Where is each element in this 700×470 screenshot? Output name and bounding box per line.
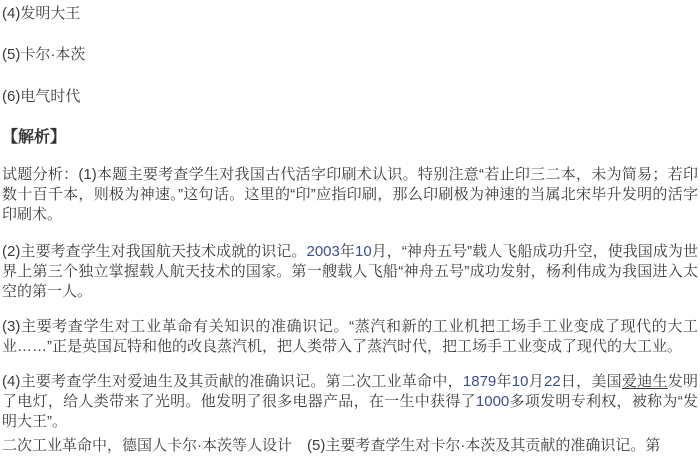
numeric-text: 22 xyxy=(544,373,561,390)
underlined-text: 爱迪生 xyxy=(622,373,668,390)
text-segment: 年 xyxy=(496,373,512,390)
analysis-paragraph-2: (2)主要考查学生对我国航天技术成就的识记。2003年10月，“神舟五号”载人飞… xyxy=(2,242,698,302)
answer-line-6: (6)电气时代 xyxy=(2,87,698,107)
answer-line-4: (4)发明大王 xyxy=(2,4,698,24)
text-segment: 日，美国 xyxy=(561,373,622,390)
numeric-text: 10 xyxy=(355,243,372,260)
analysis-paragraph-3: (3)主要考查学生对工业革命有关知识的准确识记。“蒸汽和新的工业机把工场手工业变… xyxy=(2,317,698,357)
analysis-paragraph-4: (4)主要考查学生对爱迪生及其贡献的准确识记。第二次工业革命中，1879年10月… xyxy=(2,372,698,432)
text-segment: (2)主要考查学生对我国航天技术成就的识记。 xyxy=(2,243,306,260)
text-segment: 年 xyxy=(340,243,355,260)
numeric-text: 10 xyxy=(512,373,529,390)
text-segment: (3)主要考查学生对工业革命有关知识的准确识记。“蒸汽和新的工业机把工场手工业变… xyxy=(2,318,698,355)
document-page: (4)发明大王 (5)卡尔·本茨 (6)电气时代 【解析】 试题分析：(1)本题… xyxy=(0,0,700,470)
analysis-header: 【解析】 xyxy=(2,127,698,148)
analysis-paragraph-1: 试题分析：(1)本题主要考查学生对我国古代活字印刷术认识。特别注意“若止印三二本… xyxy=(2,165,698,225)
numeric-text: 2003 xyxy=(306,243,339,260)
analysis-paragraph-5-clipped: 二次工业革命中，德国人卡尔·本茨等人设计 (5)主要考查学生对卡尔·本茨及其贡献… xyxy=(2,436,698,456)
text-segment: 二次工业革命中，德国人卡尔·本茨等人设计 (5)主要考查学生对卡尔·本茨及其贡献… xyxy=(2,437,660,454)
text-segment: 月 xyxy=(528,373,544,390)
answer-line-5: (5)卡尔·本茨 xyxy=(2,45,698,65)
numeric-text: 1879 xyxy=(463,373,496,390)
text-segment: (4)主要考查学生对爱迪生及其贡献的准确识记。第二次工业革命中， xyxy=(2,373,463,390)
numeric-text: 1000 xyxy=(476,393,509,410)
text-segment: 试题分析：(1)本题主要考查学生对我国古代活字印刷术认识。特别注意“若止印三二本… xyxy=(2,166,698,223)
